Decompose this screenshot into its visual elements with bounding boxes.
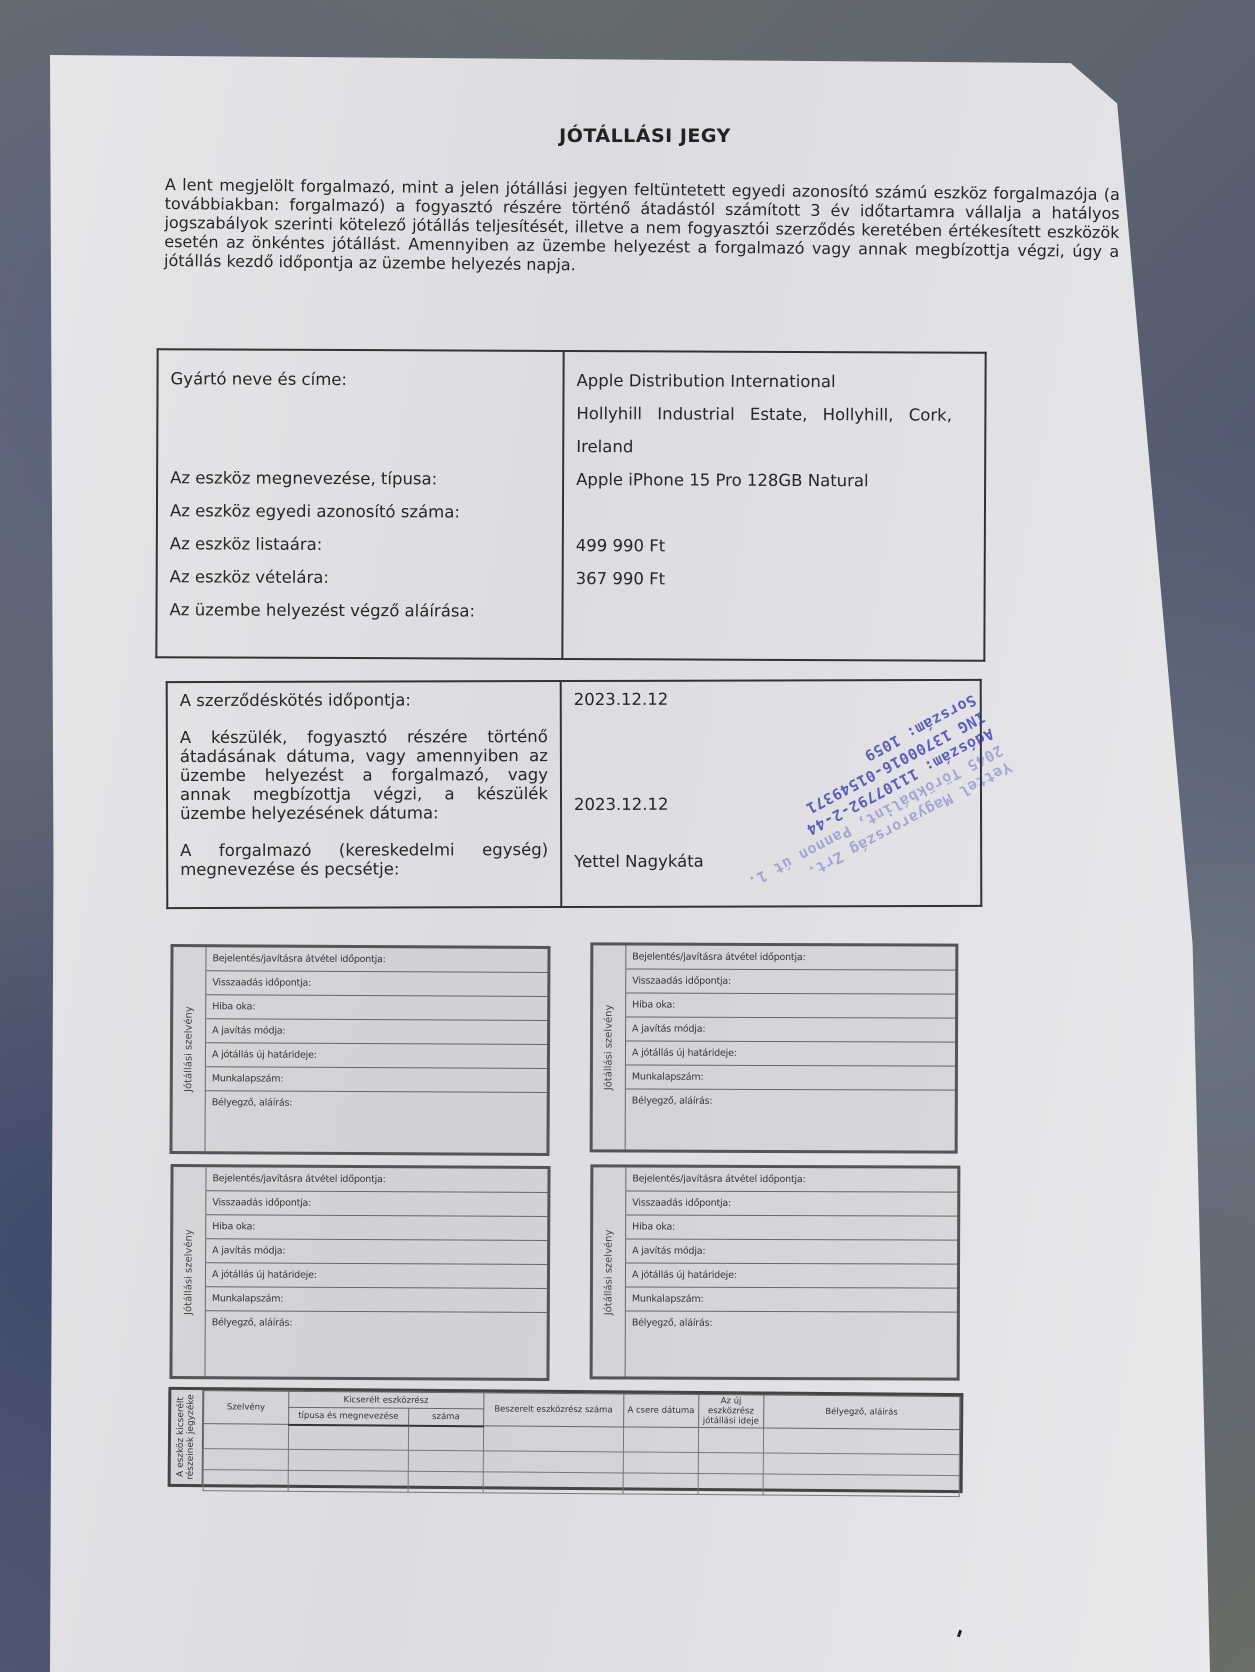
coupon-field: A jótállás új határideje:	[626, 1263, 957, 1288]
coupon-field: Bélyegző, aláírás:	[205, 1311, 546, 1378]
parts-side-label: A eszköz kicserélt részeinek jegyzéke	[176, 1392, 197, 1482]
coupon-side-label: Jótállási szelvény	[603, 1005, 614, 1091]
handover-date-label: A készülék, fogyasztó részére történő át…	[180, 727, 548, 823]
coupon-field: A javítás módja:	[626, 1017, 955, 1042]
coupon-field: Bélyegző, aláírás:	[205, 1091, 546, 1153]
device-values-cell: Apple Distribution International Hollyhi…	[562, 351, 985, 661]
purchase-price: 367 990 Ft	[576, 562, 972, 597]
coupon-field: A javítás módja:	[206, 1239, 547, 1265]
contract-date-label: A szerződéskötés időpontja:	[180, 690, 548, 710]
coupon-field: Munkalapszám:	[206, 1287, 547, 1313]
coupon-field: Munkalapszám:	[626, 1287, 957, 1312]
manufacturer-address: Hollyhill Industrial Estate, Hollyhill, …	[576, 397, 972, 432]
manufacturer-country: Ireland	[576, 430, 972, 465]
coupon-field: Bejelentés/javításra átvétel időpontja:	[626, 945, 955, 970]
contract-labels-cell: A szerződéskötés időpontja: A készülék, …	[167, 681, 562, 908]
coupon-field: A javítás módja:	[206, 1019, 547, 1045]
device-info-table: Gyártó neve és címe: Az eszköz megnevezé…	[155, 348, 986, 662]
intro-paragraph: A lent megjelölt forgalmazó, mint a jele…	[164, 175, 1120, 280]
warranty-coupon: Jótállási szelvény Bejelentés/javításra …	[169, 1164, 550, 1381]
coupon-field: Hiba oka:	[206, 1215, 547, 1241]
coupon-field: A javítás módja:	[626, 1239, 957, 1264]
device-name-label: Az eszköz megnevezése, típusa:	[170, 461, 550, 496]
coupon-field: Bejelentés/javításra átvétel időpontja:	[206, 947, 547, 973]
warranty-coupon: Jótállási szelvény Bejelentés/javításra …	[169, 944, 550, 1156]
header-replaced-type: típusa és megnevezése	[288, 1408, 408, 1426]
seller-label: A forgalmazó (kereskedelmi egység) megne…	[180, 840, 548, 879]
coupon-side-label: Jótállási szelvény	[603, 1229, 614, 1315]
contract-date: 2023.12.12	[574, 689, 968, 709]
coupon-field: Bejelentés/javításra átvétel időpontja:	[206, 1167, 547, 1193]
coupon-side-label: Jótállási szelvény	[183, 1006, 194, 1092]
header-new-warranty: Az új eszközrész jótállási ideje	[698, 1395, 763, 1429]
coupon-field: Hiba oka:	[626, 1215, 957, 1240]
warranty-coupon: Jótállási szelvény Bejelentés/javításra …	[590, 1164, 961, 1380]
purchase-price-label: Az eszköz vételára:	[170, 560, 550, 595]
coupon-field: Visszaadás időpontja:	[626, 969, 955, 994]
coupon-field: A jótállás új határideje:	[206, 1263, 547, 1289]
coupon-field: Bélyegző, aláírás:	[626, 1311, 957, 1377]
coupon-field: Visszaadás időpontja:	[626, 1191, 957, 1216]
list-price: 499 990 Ft	[576, 529, 972, 564]
header-replaced-number: száma	[408, 1408, 483, 1425]
header-replaced-part: Kicserélt eszközrész	[288, 1391, 483, 1409]
header-coupon: Szelvény	[203, 1391, 288, 1425]
serial-label: Az eszköz egyedi azonosító száma:	[170, 494, 550, 529]
header-installed-number: Beszerelt eszközrész száma	[483, 1393, 623, 1427]
document-title: JÓTÁLLÁSI JEGY	[50, 125, 1210, 147]
warranty-coupon: Jótállási szelvény Bejelentés/javításra …	[590, 942, 959, 1153]
coupon-field: Bejelentés/javításra átvétel időpontja:	[626, 1167, 957, 1192]
manufacturer-name: Apple Distribution International	[576, 364, 972, 399]
coupon-field: A jótállás új határideje:	[206, 1043, 547, 1069]
coupon-field: Visszaadás időpontja:	[206, 1191, 547, 1217]
list-price-label: Az eszköz listaára:	[170, 527, 550, 562]
replaced-parts-table: A eszköz kicserélt részeinek jegyzéke Sz…	[168, 1387, 964, 1493]
coupon-field: Bélyegző, aláírás:	[626, 1089, 955, 1150]
coupon-field: Visszaadás időpontja:	[206, 971, 547, 997]
coupon-field: Hiba oka:	[626, 993, 955, 1018]
header-swap-date: A csere dátuma	[623, 1394, 698, 1428]
coupon-side-label: Jótállási szelvény	[183, 1229, 194, 1315]
manufacturer-label: Gyártó neve és címe:	[170, 362, 550, 397]
coupon-field: Munkalapszám:	[206, 1067, 547, 1093]
coupon-field: Munkalapszám:	[626, 1065, 955, 1090]
coupon-field: A jótállás új határideje:	[626, 1041, 955, 1066]
coupon-field: Hiba oka:	[206, 995, 547, 1021]
header-stamp-signature: Bélyegző, aláírás	[763, 1395, 960, 1430]
device-labels-cell: Gyártó neve és címe: Az eszköz megnevezé…	[156, 349, 563, 659]
installer-signature-label: Az üzembe helyezést végző aláírása:	[169, 593, 549, 628]
serial-value	[576, 496, 972, 531]
device-name: Apple iPhone 15 Pro 128GB Natural	[576, 463, 972, 498]
